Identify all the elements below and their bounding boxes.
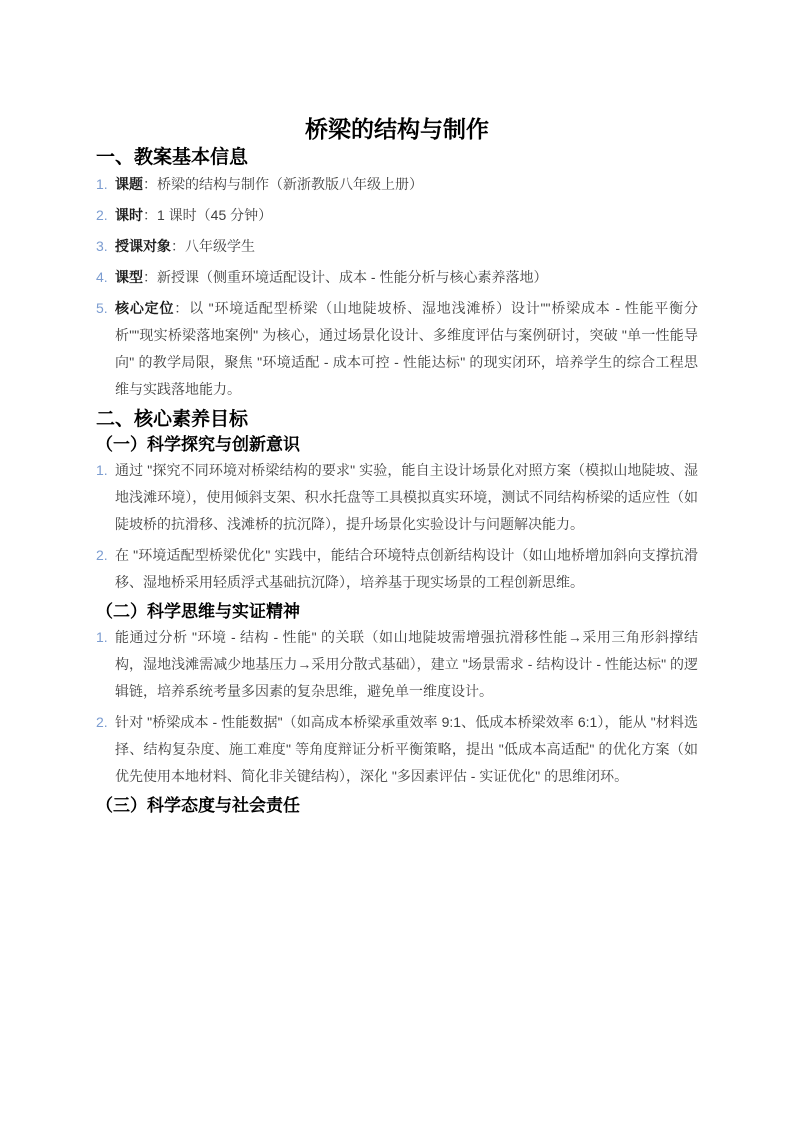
- list-item-text: 授课对象：八年级学生: [115, 233, 698, 260]
- list-item-text: 课时：1 课时（45 分钟）: [115, 202, 698, 229]
- subsection-heading-thinking-evidence: （二）科学思维与实证精神: [96, 600, 698, 624]
- list-number: 1.: [96, 624, 115, 651]
- list-item-text: 课题：桥梁的结构与制作（新浙教版八年级上册）: [115, 171, 698, 198]
- list-number: 1.: [96, 171, 115, 198]
- basic-info-list: 1. 课题：桥梁的结构与制作（新浙教版八年级上册） 2. 课时：1 课时（45 …: [96, 171, 698, 403]
- inquiry-innovation-list: 1. 通过 "探究不同环境对桥梁结构的要求" 实验，能自主设计场景化对照方案（模…: [96, 457, 698, 596]
- item-value: 八年级学生: [185, 238, 255, 254]
- list-item-text: 针对 "桥梁成本 - 性能数据"（如高成本桥梁承重效率 9:1、低成本桥梁效率 …: [115, 709, 698, 790]
- item-colon: ：: [171, 238, 185, 254]
- item-label: 课题: [115, 176, 143, 192]
- list-item-audience: 3. 授课对象：八年级学生: [96, 233, 698, 260]
- thinking-evidence-list: 1. 能通过分析 "环境 - 结构 - 性能" 的关联（如山地陡坡需增强抗滑移性…: [96, 624, 698, 790]
- item-colon: ：: [174, 300, 189, 316]
- list-item-core-positioning: 5. 核心定位：以 "环境适配型桥梁（山地陡坡桥、湿地浅滩桥）设计""桥梁成本 …: [96, 295, 698, 403]
- item-value: 以 "环境适配型桥梁（山地陡坡桥、湿地浅滩桥）设计""桥梁成本 - 性能平衡分析…: [115, 300, 698, 397]
- section-heading-core-competency-goals: 二、核心素养目标: [96, 407, 698, 433]
- list-item: 1. 能通过分析 "环境 - 结构 - 性能" 的关联（如山地陡坡需增强抗滑移性…: [96, 624, 698, 705]
- item-label: 核心定位: [115, 300, 174, 316]
- list-item-text: 核心定位：以 "环境适配型桥梁（山地陡坡桥、湿地浅滩桥）设计""桥梁成本 - 性…: [115, 295, 698, 403]
- list-item-duration: 2. 课时：1 课时（45 分钟）: [96, 202, 698, 229]
- subsection-heading-inquiry-innovation: （一）科学探究与创新意识: [96, 433, 698, 457]
- document-title: 桥梁的结构与制作: [96, 113, 698, 145]
- list-item: 2. 在 "环境适配型桥梁优化" 实践中，能结合环境特点创新结构设计（如山地桥增…: [96, 542, 698, 596]
- item-colon: ：: [143, 176, 157, 192]
- list-number: 2.: [96, 202, 115, 229]
- item-label: 课时: [115, 207, 143, 223]
- list-item-lesson-type: 4. 课型：新授课（侧重环境适配设计、成本 - 性能分析与核心素养落地）: [96, 264, 698, 291]
- list-item-text: 能通过分析 "环境 - 结构 - 性能" 的关联（如山地陡坡需增强抗滑移性能→采…: [115, 624, 698, 705]
- section-heading-basic-info: 一、教案基本信息: [96, 145, 698, 171]
- item-value: 1 课时（45 分钟）: [157, 207, 272, 223]
- document-content: 桥梁的结构与制作 一、教案基本信息 1. 课题：桥梁的结构与制作（新浙教版八年级…: [0, 0, 794, 818]
- list-number: 5.: [96, 295, 115, 322]
- subsection-heading-attitude-responsibility: （三）科学态度与社会责任: [96, 794, 698, 818]
- item-colon: ：: [143, 269, 157, 285]
- list-item: 1. 通过 "探究不同环境对桥梁结构的要求" 实验，能自主设计场景化对照方案（模…: [96, 457, 698, 538]
- list-number: 1.: [96, 457, 115, 484]
- item-value: 桥梁的结构与制作（新浙教版八年级上册）: [157, 176, 423, 192]
- list-item-text: 通过 "探究不同环境对桥梁结构的要求" 实验，能自主设计场景化对照方案（模拟山地…: [115, 457, 698, 538]
- item-label: 课型: [115, 269, 143, 285]
- list-number: 2.: [96, 709, 115, 736]
- list-number: 2.: [96, 542, 115, 569]
- list-item-text: 在 "环境适配型桥梁优化" 实践中，能结合环境特点创新结构设计（如山地桥增加斜向…: [115, 542, 698, 596]
- list-item-topic: 1. 课题：桥梁的结构与制作（新浙教版八年级上册）: [96, 171, 698, 198]
- list-item: 2. 针对 "桥梁成本 - 性能数据"（如高成本桥梁承重效率 9:1、低成本桥梁…: [96, 709, 698, 790]
- list-item-text: 课型：新授课（侧重环境适配设计、成本 - 性能分析与核心素养落地）: [115, 264, 698, 291]
- document-page: 桥梁的结构与制作 一、教案基本信息 1. 课题：桥梁的结构与制作（新浙教版八年级…: [0, 0, 794, 1123]
- item-colon: ：: [143, 207, 157, 223]
- item-label: 授课对象: [115, 238, 171, 254]
- list-number: 4.: [96, 264, 115, 291]
- list-number: 3.: [96, 233, 115, 260]
- item-value: 新授课（侧重环境适配设计、成本 - 性能分析与核心素养落地）: [157, 269, 547, 285]
